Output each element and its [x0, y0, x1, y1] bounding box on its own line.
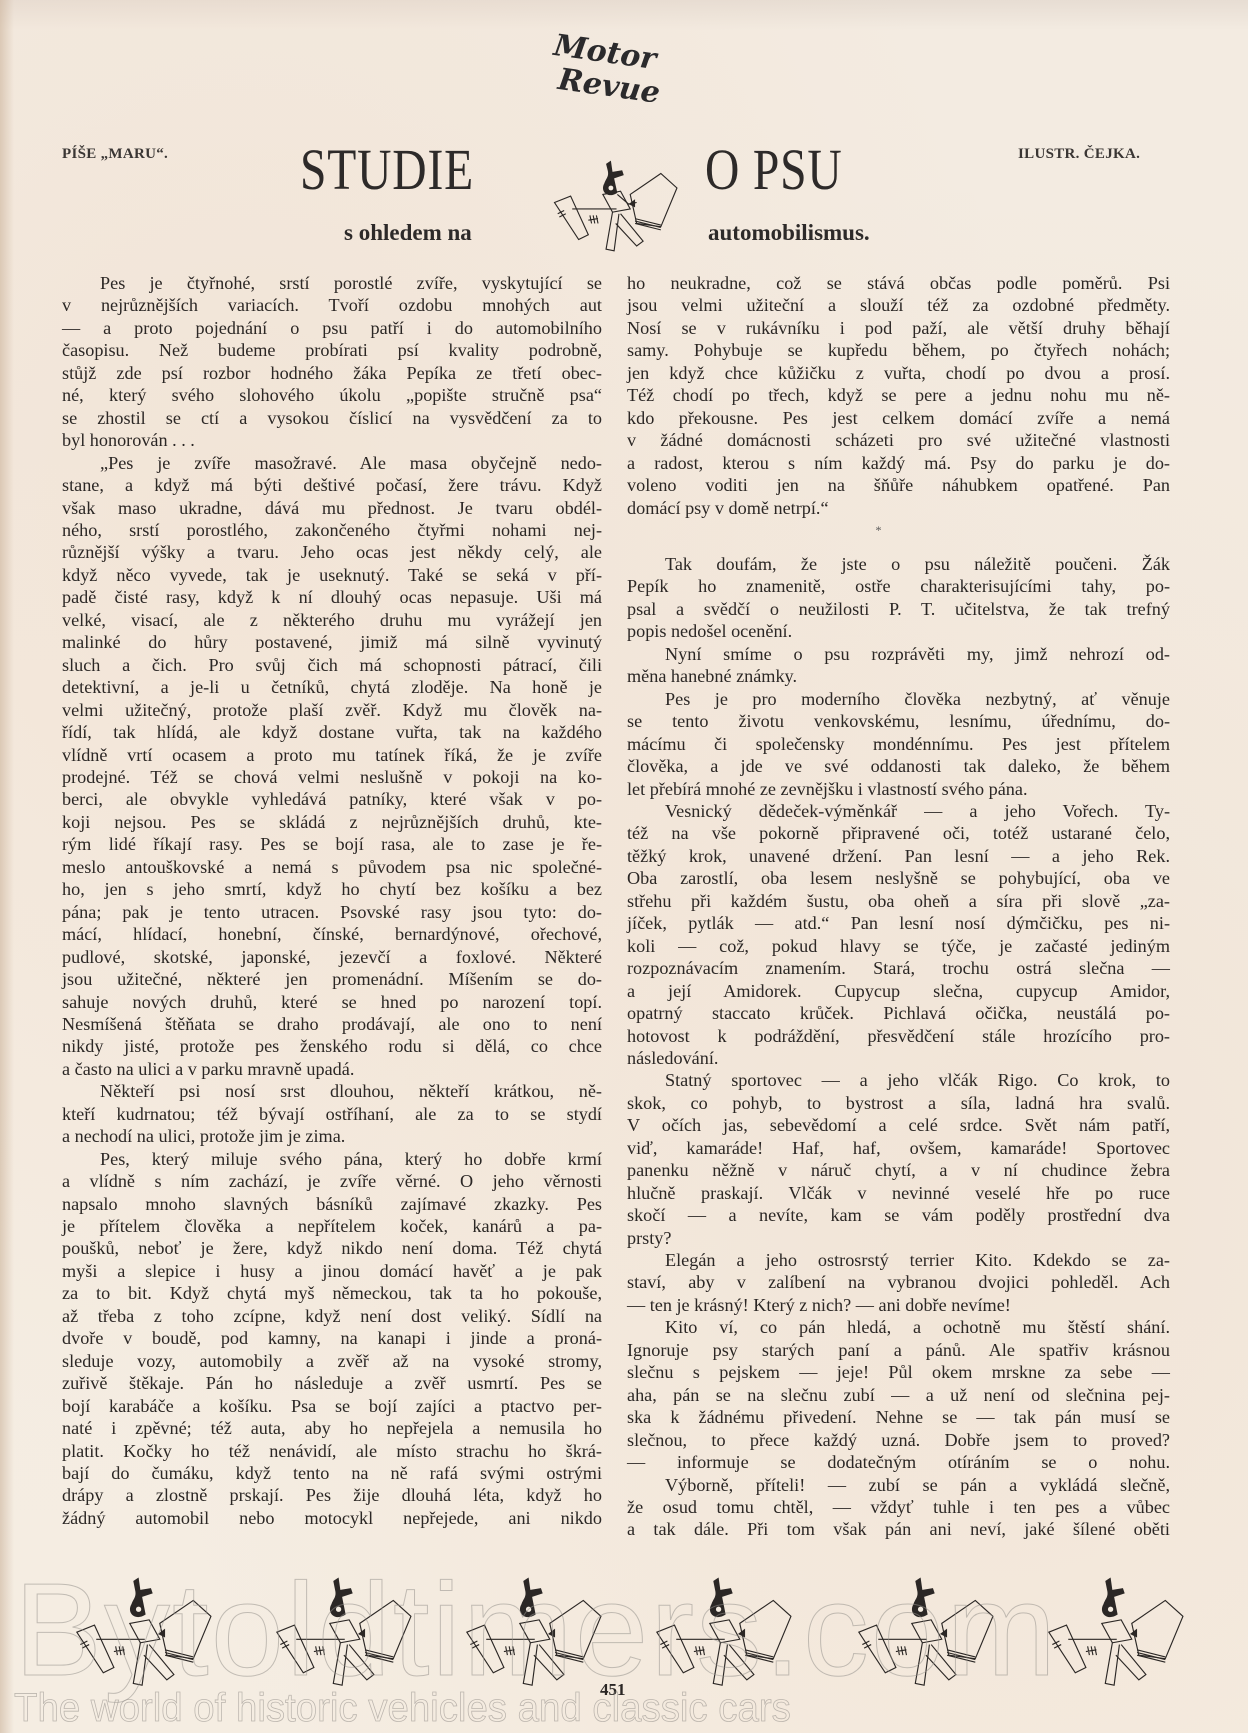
text-line: pudlové, skotské, japonské, jezevčí a fo…: [62, 946, 602, 968]
text-line: kteří kudrnatou; též bývají ostříhaní, a…: [62, 1103, 602, 1125]
text-line: velké, visací, ale z některého druhu mu …: [62, 609, 602, 631]
text-line: střehu při každém šustu, oba oheň a síra…: [627, 890, 1170, 912]
text-line: prodejné. Též se chová velmi neslušně v …: [62, 766, 602, 788]
text-line: jsou velmi užiteční a slouží též za ozdo…: [627, 294, 1170, 316]
spacer: [627, 541, 1170, 553]
text-line: v žádné domácnosti scházeti pro své užit…: [627, 429, 1170, 451]
text-line: berci, ale obvykle vyhledává patníky, kt…: [62, 788, 602, 810]
text-line: Kito ví, co pán hledá, a ochotně mu štěs…: [627, 1316, 1170, 1338]
text-line: Elegán a jeho ostrosrstý terrier Kito. K…: [627, 1249, 1170, 1271]
text-line: zuřivě štěkaje. Pán ho následuje a zvěř …: [62, 1372, 602, 1394]
text-line: když něco vyvede, tak je useknutý. Také …: [62, 564, 602, 586]
text-line: domácí psy v domě netrpí.“: [627, 497, 1170, 519]
dog-reading-book-icon: [540, 145, 685, 260]
text-line: mácí, hlídací, honební, čínské, bernardý…: [62, 923, 602, 945]
text-line: V očích jas, sebevědomí a celé srdce. Sv…: [627, 1114, 1170, 1136]
subtitle-right: automobilismus.: [708, 220, 870, 246]
author-byline: PÍŠE „MARU“.: [62, 146, 168, 163]
text-line: hlučně praskají. Vlčák v nevinné veselé …: [627, 1182, 1170, 1204]
text-line: následování.: [627, 1047, 1170, 1069]
text-line: však maso ukradne, dává mu přednost. Je …: [62, 497, 602, 519]
text-line: těžký krok, unavené držení. Pan lesní — …: [627, 845, 1170, 867]
text-line: slečnou, to přece každý uzná. Dobře jsem…: [627, 1429, 1170, 1451]
text-line: detektivní, a je-li u četníků, chytá zlo…: [62, 676, 602, 698]
text-line: se zhostil se ctí a vysokou číslicí na v…: [62, 407, 602, 429]
text-line: — ten je krásný! Který z nich? — ani dob…: [627, 1294, 1170, 1316]
text-line: bojí karabáče a košíku. Psa se bojí zají…: [62, 1395, 602, 1417]
text-line: až třeba z toho zcípne, když není dost v…: [62, 1305, 602, 1327]
text-line: hotovost k podráždění, přesvědčení stále…: [627, 1025, 1170, 1047]
text-line: jíček, pytlák — atd.“ Pan lesní nosí dým…: [627, 912, 1170, 934]
text-line: je přítelem člověka a nepřítelem koček, …: [62, 1215, 602, 1237]
text-line: různější výšky a tvaru. Jeho ocas jest n…: [62, 541, 602, 563]
text-line: Pes je čtyřnohé, srstí porostlé zvíře, v…: [62, 272, 602, 294]
text-line: myši a slepice i husy a jinou domácí hav…: [62, 1260, 602, 1282]
text-line: Pepík ho znamenitě, ostře charakterisují…: [627, 575, 1170, 597]
text-line: byl honorován . . .: [62, 429, 602, 451]
text-line: Výborně, příteli! — zubí se pán a vyklád…: [627, 1474, 1170, 1496]
text-line: let přebírá mnohé ze zevnějšku i vlastno…: [627, 778, 1170, 800]
text-line: padě čisté rasy, když k ní dlouhý ocas n…: [62, 586, 602, 608]
text-line: voleno voditi jen na šňůře náhubkem opat…: [627, 474, 1170, 496]
text-line: malinké do hůry postavené, jimiž má siln…: [62, 631, 602, 653]
text-line: že osud tomu chtěl, — vždyť tuhle i ten …: [627, 1496, 1170, 1518]
text-line: staví, aby v zalíbení na vybranou dvojic…: [627, 1271, 1170, 1293]
text-line: Nyní smíme o psu rozprávěti my, jimž neh…: [627, 643, 1170, 665]
text-line: popis nedošel ocenění.: [627, 620, 1170, 642]
text-line: a radost, kterou s ním každý má. Psy do …: [627, 452, 1170, 474]
text-line: rozpoznávacím znamením. Stará, trochu os…: [627, 957, 1170, 979]
text-line: drápy a zlostně prskají. Pes žije dlouhá…: [62, 1484, 602, 1506]
text-line: sluch a čich. Pro svůj čich má schopnost…: [62, 654, 602, 676]
text-line: skok, co pohyb, to bystrost a síla, ladn…: [627, 1092, 1170, 1114]
watermark-domain: Bytoldtimers.com: [14, 1560, 1058, 1700]
text-line: koli — což, pokud hlavy se týče, je zača…: [627, 935, 1170, 957]
text-line: opatrný staccato krůček. Pichlavá očička…: [627, 1002, 1170, 1024]
text-line: ho, jen s jeho smrtí, když ho chytí bez …: [62, 878, 602, 900]
text-line: psal a svědčí o neužilosti P. T. učitels…: [627, 598, 1170, 620]
text-line: sleduje vozy, automobily a zvěř až na vy…: [62, 1350, 602, 1372]
text-line: koji nejsou. Pes se skládá z nejrůznější…: [62, 811, 602, 833]
page-title-right: O PSU: [705, 138, 843, 202]
text-line: Nesmíšená štěňata se draho prodávají, al…: [62, 1013, 602, 1035]
text-line: „Pes je zvíře masožravé. Ale masa obyčej…: [62, 452, 602, 474]
text-line: napsalo mnoho slavných básníků zajímavé …: [62, 1193, 602, 1215]
text-line: Vesnický dědeček-výměnkář — a jeho Vořec…: [627, 800, 1170, 822]
text-line: velmi užitečný, protože plaší zvěř. Když…: [62, 699, 602, 721]
text-line: a vlídně s ním zachází, je zvíře věrné. …: [62, 1170, 602, 1192]
text-line: samy. Pohybuje se kupředu během, po čtyř…: [627, 339, 1170, 361]
text-line: stane, a když má býti deštivé počasí, že…: [62, 474, 602, 496]
text-line: stůjž zde psí rozbor hodného žáka Pepíka…: [62, 362, 602, 384]
text-line: měna hanebné známky.: [627, 665, 1170, 687]
text-line: bají do čumáku, když tento na ně rafá sv…: [62, 1462, 602, 1484]
text-line: žádný automobil nebo motocykl nepřejede,…: [62, 1507, 602, 1529]
text-line: panenku něžně v náruč chytí, a v ní chud…: [627, 1159, 1170, 1181]
text-line: skočí — a nevíte, kam se vám poděly pros…: [627, 1204, 1170, 1226]
text-line: Tak doufám, že jste o psu náležitě pouče…: [627, 553, 1170, 575]
text-line: člověka, a jde ve své oddanosti tak dale…: [627, 755, 1170, 777]
text-line: viď, kamaráde! Haf, haf, ovšem, kamaráde…: [627, 1137, 1170, 1159]
text-line: v nejrůznějších variacích. Tvoří ozdobu …: [62, 294, 602, 316]
text-line: Pes, který miluje svého pána, který ho d…: [62, 1148, 602, 1170]
text-line: za to bit. Když chytá myš německou, tak …: [62, 1282, 602, 1304]
text-line: dvoře v boudě, pod kamny, na kanapi i ji…: [62, 1327, 602, 1349]
text-line: poušků, neboť je žere, když nikdo není d…: [62, 1237, 602, 1259]
dog-reading-book-icon: [1040, 1570, 1190, 1690]
text-line: Též chodí po třech, když se pere a jednu…: [627, 384, 1170, 406]
text-line: prsty?: [627, 1227, 1170, 1249]
text-line: ného, srstí porostlého, zakončeného čtyř…: [62, 519, 602, 541]
text-line: a nechodí na ulici, protože jim je zima.: [62, 1125, 602, 1147]
section-separator: *: [627, 519, 1170, 541]
text-line: Statný sportovec — a jeho vlčák Rigo. Co…: [627, 1069, 1170, 1091]
page-edge: [0, 0, 14, 1733]
text-line: — a proto pojednání o psu patří i do aut…: [62, 317, 602, 339]
subtitle-left: s ohledem na: [344, 220, 472, 246]
text-line: ho neukradne, což se stává občas podle p…: [627, 272, 1170, 294]
text-line: řídí, tak hlídá, ale když dostane vuřta,…: [62, 721, 602, 743]
text-line: jen když chce kůžičku z vuřta, chodí po …: [627, 362, 1170, 384]
text-line: též na vše pokorně připravené oči, totéž…: [627, 822, 1170, 844]
text-line: — informuje se dodatečným otíráním se o …: [627, 1451, 1170, 1473]
masthead-logo: Motor Revue: [540, 36, 670, 104]
article-column-left: Pes je čtyřnohé, srstí porostlé zvíře, v…: [62, 272, 602, 1529]
text-line: ska k žádnému přivedení. Nehne se — tak …: [627, 1406, 1170, 1428]
text-line: platit. Kočky ho též nenávidí, ale místo…: [62, 1440, 602, 1462]
text-line: aha, pán se na slečnu zubí — a už není o…: [627, 1384, 1170, 1406]
text-line: Nosí se v rukávníku i pod paží, ale větš…: [627, 317, 1170, 339]
text-line: naté i zpěvné; též auta, aby ho nepřejel…: [62, 1417, 602, 1439]
watermark-tagline: The world of historic vehicles and class…: [14, 1686, 791, 1730]
text-line: a často na ulici a v parku mravně upadá.: [62, 1058, 602, 1080]
text-line: slečnu s pejskem — jeje! Půl okem mrskne…: [627, 1361, 1170, 1383]
text-line: pána; pak je tento utracen. Psovské rasy…: [62, 901, 602, 923]
text-line: Někteří psi nosí srst dlouhou, někteří k…: [62, 1080, 602, 1102]
article-column-right: ho neukradne, což se stává občas podle p…: [627, 272, 1170, 1541]
text-line: meslo antouškovské a nemá s původem psa …: [62, 856, 602, 878]
text-line: sahuje nových druhů, které se hned po na…: [62, 991, 602, 1013]
page-title-left: STUDIE: [300, 138, 474, 202]
text-line: né, který svého slohového úkolu „popište…: [62, 384, 602, 406]
text-line: a tak dále. Při tom však pán ani neví, j…: [627, 1518, 1170, 1540]
text-line: nikdy jisté, protože pes ženského rodu s…: [62, 1035, 602, 1057]
text-line: Pes je pro moderního člověka nezbytný, a…: [627, 688, 1170, 710]
text-line: časopisu. Než budeme probírati psí kvali…: [62, 339, 602, 361]
text-line: mácímu či společensky mondénnímu. Pes je…: [627, 733, 1170, 755]
text-line: vlídně vrtí ocasem a proto mu tatínek ří…: [62, 744, 602, 766]
text-line: Ignoruje psy starých paní a pánů. Ale sp…: [627, 1339, 1170, 1361]
text-line: jsou užitečné, některé jen promenádní. M…: [62, 968, 602, 990]
text-line: rým lidé říkají rasy. Pes se bojí rasa, …: [62, 833, 602, 855]
text-line: Oba zarostlí, oba lesem neslyšně se pohy…: [627, 867, 1170, 889]
text-line: a její Amidorek. Cupycup slečna, cupycup…: [627, 980, 1170, 1002]
text-line: kdo překousne. Pes jest celkem domácí zv…: [627, 407, 1170, 429]
illustrator-byline: ILUSTR. ČEJKA.: [1018, 146, 1140, 163]
text-line: se tento životu venkovskému, lesnímu, úř…: [627, 710, 1170, 732]
